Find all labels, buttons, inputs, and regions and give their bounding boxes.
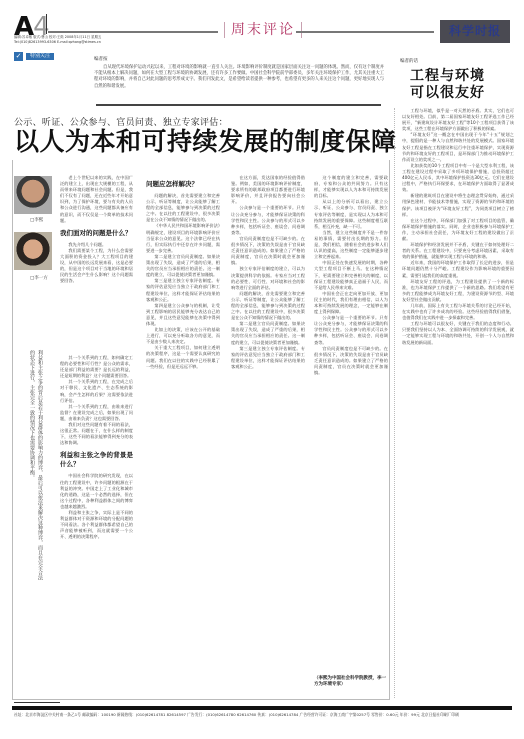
section-heading-solutions: 问题应怎样解决？ [146, 180, 220, 189]
paragraph: 在这个过程中，环保部门加强了对工程项目的监管，确保环境保护措施的落实。同时，企业… [402, 218, 514, 242]
section-title: 周末评论 [224, 22, 302, 38]
focus-tag-label: 特别关注 [26, 53, 54, 60]
paragraph: 中国社会正在走向更加开放、更加民主的时代，我们有理由相信，以人为本和可持续发展的… [314, 291, 388, 315]
paragraph: 我们需要某个工程，为什么会需要大面积的资金投入？大工程项目的建设，从中国的长远发… [60, 248, 133, 285]
masthead-rule-right [296, 31, 434, 33]
paragraph: 我们对这些问题有着不同的看法，这很正常。问题在于，在什么样的制度下，这些不同的看… [60, 422, 133, 446]
paragraph: 新建的建筑项目在建设中将生态理念贯穿始终，通过采用绿色建材、节能技术等措施，实现… [402, 193, 514, 217]
paragraph: 近年来，我国的环境保护工作取得了长足的进步，但是环境问题仍然十分严峻。工程建设作… [402, 260, 514, 278]
sidebar-title: 工程与环境 可以很友好 [410, 68, 485, 102]
paragraph: 关于重大工程项目，如何建立透明的决策程序，这是一个需要认真研究的问题。我们在以往… [146, 345, 220, 369]
author-caption-2: □李一方 [30, 275, 48, 281]
paragraph: 公众参与是一个重要的环节。只有让公众充分参与，才能够保证决策的科学性和民主性。公… [314, 315, 388, 345]
article-column-4: 这个制度的建立和完善，需要政府、专家和公众的共同努力。只有这样，才能够实现以人为… [314, 175, 388, 700]
article-column-3: 在这方面，发达国家的经验值得借鉴。例如，美国的环境影响评价制度，要求所有的联邦政… [231, 175, 305, 700]
paragraph: 中国正处在快速发展的时期，各种大型工程项目不断上马。在这种情况下，更需要建立和完… [314, 260, 388, 290]
sidebar-column: 工程与环境，似乎是一对天然的矛盾。其实，它们也可以友好相处。目前，第二届国家环境… [402, 108, 514, 698]
section-heading-problems: 我们面对的问题是什么？ [60, 229, 133, 238]
sidebar-divider [394, 108, 395, 698]
check-icon: ✓ [14, 52, 23, 61]
paragraph: 独立专家评估制度的建立，可以为决策提供科学的依据。专家应当对工程的必要性、可行性… [231, 266, 305, 290]
masthead: A4 编辑:苏卓敏 版式:曹山 校对:王烁 2008年1月11日 星期五 Tel… [0, 0, 524, 50]
paragraph: 第三是建立独立专家评估制度。专家的评估意见应当独立于政府部门和工程建设单位，这样… [146, 278, 220, 302]
paragraph: 中国社会科学院的研究发现，在以往的工程建设中，许多问题的根源在于利益的冲突。中国… [60, 473, 133, 510]
masthead-info: 编辑:苏卓敏 版式:曹山 校对:王烁 2008年1月11日 星期五 Tel:(0… [14, 35, 101, 45]
focus-tag: ✓ 特别关注 [14, 52, 54, 61]
masthead-rule-left [48, 31, 218, 33]
paragraph: 第二是建立官员问责制度。如果决策出现了失误，造成了严重的后果，相关的官员应当承担… [231, 321, 305, 345]
paragraph: 第二是建立官员问责制度。如果决策出现了失误，造成了严重的后果，相关的官员应当承担… [146, 254, 220, 278]
paragraph: 在这方面，发达国家的经验值得借鉴。例如，美国的环境影响评价制度，要求所有的联邦政… [231, 175, 305, 205]
paragraph: 第四是建立公众参与的机制，让受到工程影响的居民能够充分表达自己的意见，并且这些意… [146, 303, 220, 327]
paragraph: 第三是建立独立专家评估制度。专家的评估意见应当独立于政府部门和工程建设单位，这样… [231, 346, 305, 370]
paragraph: 其一个关系到的工程，在完成之后对于移民、文化遗产、生态系统的影响，会产生怎样的后… [60, 379, 133, 403]
masthead-info-contact: Tel:(010)82613993-6306 E-mail:qzhang@sti… [14, 40, 101, 45]
article-column-1-lower: 其一个关系到的工程，如何确定工程的必要性和可行性？是公众的需求，还是部门利益的需… [60, 355, 133, 700]
paragraph: 问题的解决，首先需要建立和完善公示、听证等制度，让公众能够了解工程的全部信息，能… [231, 291, 305, 321]
pull-quote: 利益和主张之争的背后是若干利益群体的影响力的博弈，最后可以依法来解决这种博弈，而… [18, 350, 44, 580]
paragraph: 工程与环境，似乎是一对天然的矛盾。其实，它们也可以友好相处。目前，第二届国家环境… [402, 108, 514, 132]
author-photo-1 [14, 176, 52, 214]
paragraph: 环境友好工程的评选，为工程建设提供了一个新的标准，也为环境保护工作提供了一个新的… [402, 279, 514, 303]
paragraph: 从以上的分析可以看出，建立公示、听证、公众参与、官员问责、独立专家评估等制度，是… [314, 199, 388, 229]
paragraph: “环境友好”这一概念在中国出现于今年“十五”规划之中，提倡的是一种人与自然和谐共… [402, 132, 514, 162]
paragraph: 这个制度的建立和完善，需要政府、专家和公众的共同努力。只有这样，才能够实现以人为… [314, 175, 388, 199]
paragraph: 《中华人民共和国环境影响评价法》明确规定，建设项目的环境影响评价应当征求公众的意… [146, 223, 220, 253]
paragraph: 比如获奖的10个工程项目中有一个是大型水利工程，该工程在建设过程中采取了多项环境… [402, 163, 514, 193]
paragraph: 比如上的决策，应该在公开的基础上进行，可以充分听取各方的意见，而不是由少数人来决… [146, 327, 220, 345]
paragraph: 问题的解决，首先需要建立和完善公示、听证等制度，让公众能够了解工程的全部信息，能… [146, 193, 220, 223]
sidebar-label: 编者的话 [400, 58, 418, 64]
paragraph: 环境保护和经济发展并不矛盾，关键在于如何处理好二者的关系。在工程建设中，只要充分… [402, 242, 514, 260]
article-column-2: 问题应怎样解决？ 问题的解决，首先需要建立和完善公示、听证等制度，让公众能够了解… [146, 175, 220, 700]
paragraph: 老上个世纪以来的实践，在中国广泛的建立上，出现在大规模的工程，从而带来环境问题和… [60, 175, 133, 224]
section-heading-interests: 利益和主张之争的背景是什么？ [60, 451, 133, 469]
paragraph: 其一个关系到的工程，由谁来进行监督？在建设完成之后，如果出现了问题，由谁来负责？… [60, 404, 133, 422]
paragraph: 官员问责制度也是不可缺少的。在很多情况下，决策的失误是由于官员缺乏责任意识造成的… [314, 346, 388, 376]
article-column-1: 老上个世纪以来的实践，在中国广泛的建立上，出现在大规模的工程，从而带来环境问题和… [60, 175, 133, 355]
paragraph: 其一个关系到的工程，如何确定工程的必要性和可行性？是公众的需求，还是部门利益的需… [60, 355, 133, 379]
editor-note-byline: 编者按 [94, 57, 384, 63]
paragraph: 当然，建立这些制度并不是一件容易的事情，需要付出长期的努力。但是，我们相信，随着… [314, 230, 388, 260]
article-headline: 以人为本和可持续发展的制度保障 [14, 127, 397, 157]
editor-note: 编者按 自从现代环境保护运动兴起以来，工程对环境的影响就一直引人关注。环境影响评… [94, 57, 384, 90]
author-photo-2 [14, 232, 52, 270]
sidebar-title-line-2: 可以很友好 [410, 85, 485, 102]
paragraph: 官员问责制度也是不可缺少的。在很多情况下，决策的失误是由于官员缺乏责任意识造成的… [231, 236, 305, 266]
footer-short-rule [14, 702, 60, 703]
paragraph: 公众参与是一个重要的环节。只有让公众充分参与，才能够保证决策的科学性和民主性。公… [231, 205, 305, 235]
footer-rule [12, 706, 512, 710]
paragraph: 利益和主张之争，实际上是不同的利益群体对于资源和环境的分配问题的不同看法。各个利… [60, 510, 133, 540]
paragraph: 几年前，国际上有关工程与环境关系的讨论已经开始，在实践中也有了许多成功的经验。这… [402, 303, 514, 321]
editor-note-body: 自从现代环境保护运动兴起以来，工程对环境的影响就一直引人关注。环境影响评价制度就… [94, 65, 384, 90]
editor-note-rule [96, 104, 381, 106]
author-signature: （李熙为中国社会科学院教授，李一方为环境专家） [314, 676, 388, 688]
author-caption-1: □李熙 [30, 217, 43, 223]
paragraph: 工程与环境可以很友好，关键在于我们的态度和行动。只要我们坚持以人为本、全面协调可… [402, 321, 514, 345]
masthead-divider [46, 14, 47, 34]
sidebar-title-line-1: 工程与环境 [410, 68, 485, 85]
footer-publication-info: 社址：北京市海淀区中关村南一条乙1号 邮政编码：100190 新闻热线：(010… [14, 712, 514, 718]
newspaper-logo: 科学时报 [440, 20, 510, 43]
